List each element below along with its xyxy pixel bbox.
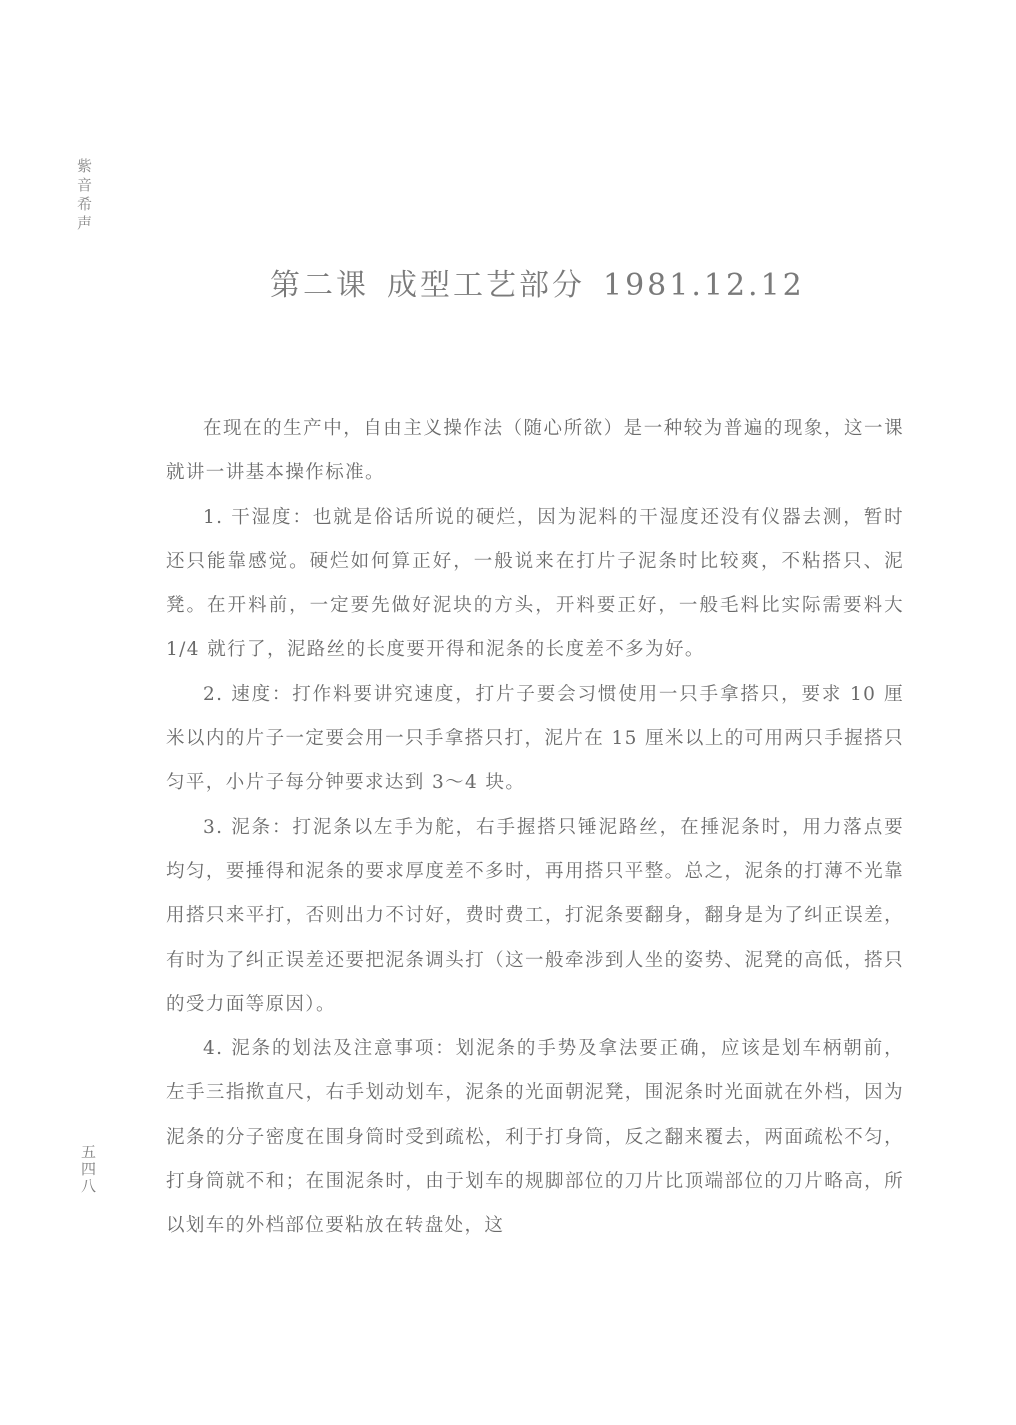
lesson-date: 1981.12.12 xyxy=(603,268,805,303)
running-head-book-title: 紫音希声 xyxy=(80,158,96,234)
paragraph-speed: 2. 速度：打作料要讲究速度，打片子要会习惯使用一只手拿搭只，要求 10 厘米以… xyxy=(166,673,904,806)
lesson-label: 第二课 xyxy=(270,268,369,303)
paragraph-moisture: 1. 干湿度：也就是俗话所说的硬烂，因为泥料的干湿度还没有仪器去测，暂时还只能靠… xyxy=(166,496,904,673)
paragraph-clay-strip: 3. 泥条：打泥条以左手为舵，右手握搭只锤泥路丝，在捶泥条时，用力落点要均匀，要… xyxy=(166,806,904,1027)
paragraph-intro: 在现在的生产中，自由主义操作法（随心所欲）是一种较为普遍的现象，这一课就讲一讲基… xyxy=(166,407,904,496)
body-text: 在现在的生产中，自由主义操作法（随心所欲）是一种较为普遍的现象，这一课就讲一讲基… xyxy=(166,407,904,1249)
page-number: 五四八 xyxy=(83,1144,99,1195)
lesson-title: 成型工艺部分 xyxy=(387,268,585,303)
paragraph-strip-cutting: 4. 泥条的划法及注意事项：划泥条的手势及拿法要正确，应该是划车柄朝前，左手三指… xyxy=(166,1027,904,1248)
chapter-title: 第二课成型工艺部分1981.12.12 xyxy=(270,266,810,306)
